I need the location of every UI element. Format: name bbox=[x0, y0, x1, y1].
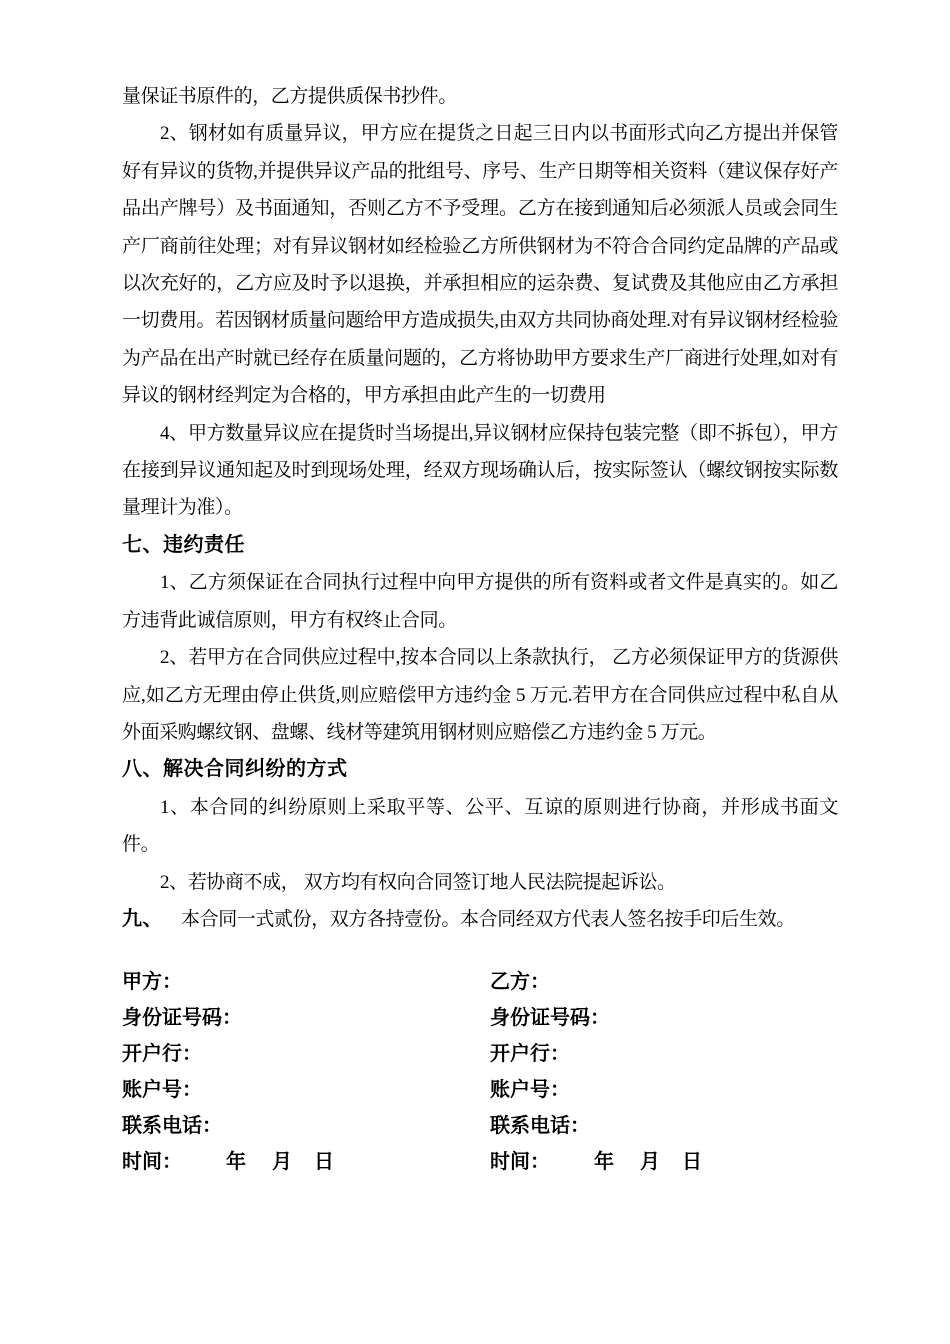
section-7-heading: 七、违约责任 bbox=[122, 527, 838, 564]
party-a-date-row: 时间：年月日 bbox=[122, 1144, 490, 1180]
party-a-month-label: 月 bbox=[272, 1151, 292, 1173]
section-7-clause-1: 1、乙方须保证在合同执行过程中向甲方提供的所有资料或者文件是真实的。如乙方违背此… bbox=[122, 564, 838, 639]
party-a-id-label: 身份证号码： bbox=[122, 1000, 490, 1036]
section-8-clause-2: 2、若协商不成， 双方均有权向合同签订地人民法院提起诉讼。 bbox=[122, 864, 838, 901]
section-8-heading: 八、解决合同纠纷的方式 bbox=[122, 751, 838, 788]
party-a-day-label: 日 bbox=[314, 1151, 334, 1173]
party-b-month-label: 月 bbox=[640, 1151, 660, 1173]
section-9-clause: 九、本合同一式贰份，双方各持壹份。本合同经双方代表人签名按手印后生效。 bbox=[122, 901, 838, 938]
section-8-clause-1: 1、本合同的纠纷原则上采取平等、公平、互谅的原则进行协商，并形成书面文件。 bbox=[122, 789, 838, 864]
party-b-bank-label: 开户行： bbox=[490, 1036, 838, 1072]
party-b-account-label: 账户号： bbox=[490, 1072, 838, 1108]
section-9-number: 九、 bbox=[122, 908, 163, 930]
contract-body: 量保证书原件的，乙方提供质保书抄件。 2、钢材如有质量异议，甲方应在提货之日起三… bbox=[122, 78, 838, 938]
clause-2-quality-objection: 2、钢材如有质量异议，甲方应在提货之日起三日内以书面形式向乙方提出并保管好有异议… bbox=[122, 115, 838, 414]
signature-section: 甲方： 身份证号码： 开户行： 账户号： 联系电话： 时间：年月日 乙方： 身份… bbox=[122, 964, 838, 1180]
party-b-signature-block: 乙方： 身份证号码： 开户行： 账户号： 联系电话： 时间：年月日 bbox=[490, 964, 838, 1180]
section-9-text: 本合同一式贰份，双方各持壹份。本合同经双方代表人签名按手印后生效。 bbox=[181, 909, 795, 930]
party-b-date-label: 时间： bbox=[490, 1151, 550, 1173]
party-a-year-label: 年 bbox=[226, 1151, 246, 1173]
party-b-label: 乙方： bbox=[490, 964, 838, 1000]
contract-continuation-text: 量保证书原件的，乙方提供质保书抄件。 bbox=[122, 78, 838, 115]
party-a-account-label: 账户号： bbox=[122, 1072, 490, 1108]
party-b-phone-label: 联系电话： bbox=[490, 1108, 838, 1144]
contract-document-page: 量保证书原件的，乙方提供质保书抄件。 2、钢材如有质量异议，甲方应在提货之日起三… bbox=[0, 0, 950, 1344]
party-a-date-label: 时间： bbox=[122, 1151, 182, 1173]
party-a-phone-label: 联系电话： bbox=[122, 1108, 490, 1144]
party-b-id-label: 身份证号码： bbox=[490, 1000, 838, 1036]
party-b-date-row: 时间：年月日 bbox=[490, 1144, 838, 1180]
party-b-day-label: 日 bbox=[682, 1151, 702, 1173]
party-b-year-label: 年 bbox=[594, 1151, 614, 1173]
party-a-label: 甲方： bbox=[122, 964, 490, 1000]
party-a-bank-label: 开户行： bbox=[122, 1036, 490, 1072]
clause-4-quantity-objection: 4、甲方数量异议应在提货时当场提出,异议钢材应保持包装完整（即不拆包），甲方在接… bbox=[122, 415, 838, 527]
section-7-clause-2: 2、若甲方在合同供应过程中,按本合同以上条款执行， 乙方必须保证甲方的货源供应,… bbox=[122, 639, 838, 751]
party-a-signature-block: 甲方： 身份证号码： 开户行： 账户号： 联系电话： 时间：年月日 bbox=[122, 964, 490, 1180]
